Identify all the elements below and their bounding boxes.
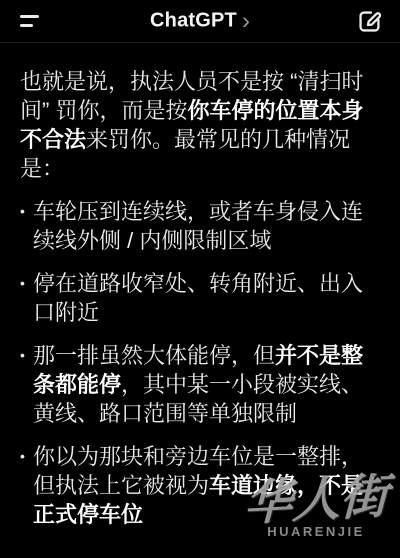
model-selector[interactable]: ChatGPT › <box>150 10 250 33</box>
app-header: ChatGPT › <box>0 0 400 43</box>
list-item: • 停在道路收窄处、转角附近、出入口附近 <box>20 269 364 327</box>
chatgpt-app-screen: ChatGPT › 也就是说，执法人员不是按 “清扫时间” 罚你，而是按你车停的… <box>0 0 400 558</box>
bullet-text: 那一排虽然大体能停，但并不是整条都能停，其中某一小段被实线、黄线、路口范围等单独… <box>33 341 364 428</box>
list-item: • 你以为那块和旁边车位是一整排，但执法上它被视为车道边缘，不是正式停车位 <box>20 442 364 529</box>
bullet-text: 车轮压到连续线，或者车身侵入连续线外侧 / 内侧限制区域 <box>33 197 364 255</box>
compose-icon <box>355 7 384 36</box>
assistant-message: 也就是说，执法人员不是按 “清扫时间” 罚你，而是按你车停的位置本身不合法来罚你… <box>0 43 400 529</box>
bullet-text: 停在道路收窄处、转角附近、出入口附近 <box>33 269 364 327</box>
message-paragraph: 也就是说，执法人员不是按 “清扫时间” 罚你，而是按你车停的位置本身不合法来罚你… <box>20 67 364 183</box>
page-title: ChatGPT <box>150 10 237 33</box>
new-chat-button[interactable] <box>351 3 388 40</box>
list-item: • 那一排虽然大体能停，但并不是整条都能停，其中某一小段被实线、黄线、路口范围等… <box>20 341 364 428</box>
menu-icon <box>20 13 39 28</box>
bullet-marker: • <box>20 341 33 370</box>
bullet-marker: • <box>20 442 33 471</box>
bullet-marker: • <box>20 269 33 298</box>
chevron-right-icon: › <box>242 11 250 32</box>
list-item: • 车轮压到连续线，或者车身侵入连续线外侧 / 内侧限制区域 <box>20 197 364 255</box>
bullet-list: • 车轮压到连续线，或者车身侵入连续线外侧 / 内侧限制区域 • 停在道路收窄处… <box>20 197 364 529</box>
bullet-marker: • <box>20 197 33 226</box>
sidebar-menu-button[interactable] <box>16 9 43 32</box>
bullet-text: 你以为那块和旁边车位是一整排，但执法上它被视为车道边缘，不是正式停车位 <box>33 442 364 529</box>
